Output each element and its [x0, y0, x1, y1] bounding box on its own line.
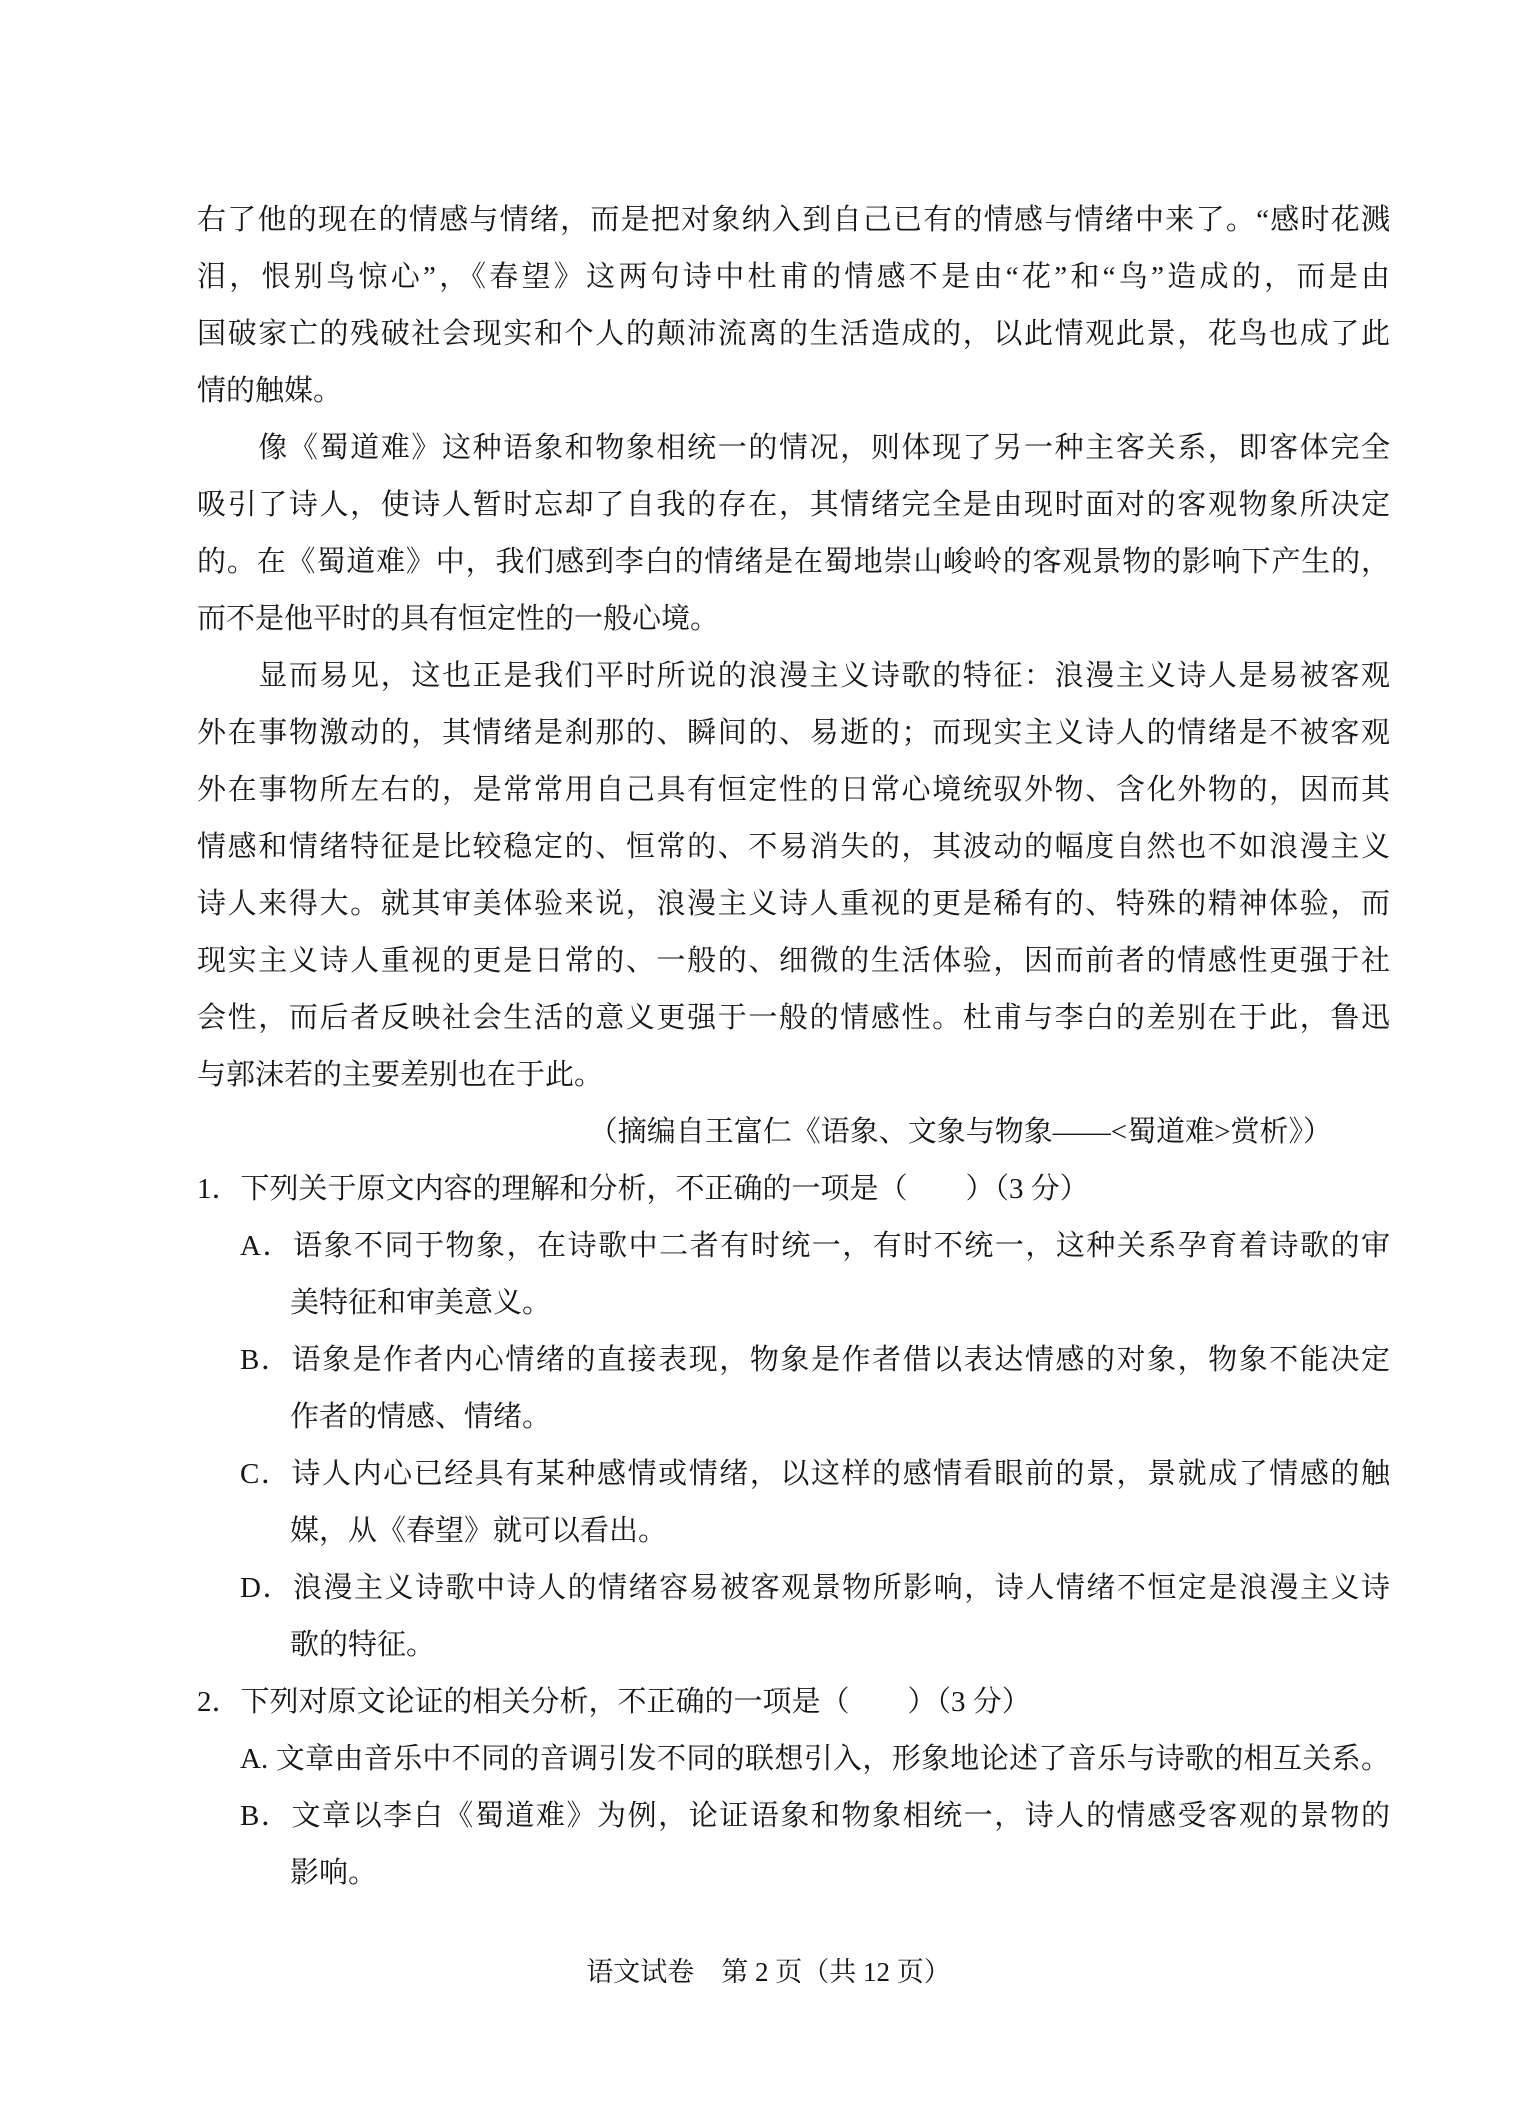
option-text-line: 美特征和审美意义。 — [240, 1275, 1390, 1332]
text-line: 像《蜀道难》这种语象和物象相统一的情况，则体现了另一种主客关系，即客体完全 — [197, 420, 1390, 477]
option-text-line: 作者的情感、情绪。 — [240, 1389, 1390, 1446]
option-text-line: C．诗人内心已经具有某种感情或情绪，以这样的感情看眼前的景，景就成了情感的触 — [240, 1446, 1390, 1503]
question-1-option-a: A．语象不同于物象，在诗歌中二者有时统一，有时不统一，这种关系孕育着诗歌的审 美… — [240, 1218, 1390, 1332]
paragraph-1: 右了他的现在的情感与情绪，而是把对象纳入到自己已有的情感与情绪中来了。“感时花溅… — [197, 192, 1390, 420]
text-line: 的。在《蜀道难》中，我们感到李白的情绪是在蜀地崇山峻岭的客观景物的影响下产生的， — [197, 534, 1390, 591]
option-text-line: B．文章以李白《蜀道难》为例，论证语象和物象相统一，诗人的情感受客观的景物的 — [240, 1788, 1390, 1845]
question-2-stem: 2．下列对原文论证的相关分析，不正确的一项是（ ）（3 分） — [197, 1674, 1390, 1731]
page-content: 右了他的现在的情感与情绪，而是把对象纳入到自己已有的情感与情绪中来了。“感时花溅… — [197, 192, 1390, 1902]
text-line: 情感和情绪特征是比较稳定的、恒常的、不易消失的，其波动的幅度自然也不如浪漫主义 — [197, 819, 1390, 876]
paragraph-2: 像《蜀道难》这种语象和物象相统一的情况，则体现了另一种主客关系，即客体完全 吸引… — [197, 420, 1390, 648]
text-line: 吸引了诗人，使诗人暂时忘却了自我的存在，其情绪完全是由现时面对的客观物象所决定 — [197, 477, 1390, 534]
text-line: 外在事物激动的，其情绪是刹那的、瞬间的、易逝的；而现实主义诗人的情绪是不被客观 — [197, 705, 1390, 762]
text-line: 右了他的现在的情感与情绪，而是把对象纳入到自己已有的情感与情绪中来了。“感时花溅 — [197, 192, 1390, 249]
text-line: 情的触媒。 — [197, 363, 1390, 420]
text-line: 现实主义诗人重视的更是日常的、一般的、细微的生活体验，因而前者的情感性更强于社 — [197, 933, 1390, 990]
option-text-line: A. 文章由音乐中不同的音调引发不同的联想引入，形象地论述了音乐与诗歌的相互关系… — [240, 1731, 1390, 1788]
question-1-option-c: C．诗人内心已经具有某种感情或情绪，以这样的感情看眼前的景，景就成了情感的触 媒… — [240, 1446, 1390, 1560]
text-line: 会性，而后者反映社会生活的意义更强于一般的情感性。杜甫与李白的差别在于此，鲁迅 — [197, 990, 1390, 1047]
text-line: 而不是他平时的具有恒定性的一般心境。 — [197, 591, 1390, 648]
question-1-option-d: D．浪漫主义诗歌中诗人的情绪容易被客观景物所影响，诗人情绪不恒定是浪漫主义诗 歌… — [240, 1560, 1390, 1674]
option-text-line: B．语象是作者内心情绪的直接表现，物象是作者借以表达情感的对象，物象不能决定 — [240, 1332, 1390, 1389]
question-2-option-b: B．文章以李白《蜀道难》为例，论证语象和物象相统一，诗人的情感受客观的景物的 影… — [240, 1788, 1390, 1902]
option-text-line: 歌的特征。 — [240, 1617, 1390, 1674]
paragraph-3: 显而易见，这也正是我们平时所说的浪漫主义诗歌的特征：浪漫主义诗人是易被客观 外在… — [197, 648, 1390, 1104]
option-text-line: 影响。 — [240, 1845, 1390, 1902]
option-text-line: D．浪漫主义诗歌中诗人的情绪容易被客观景物所影响，诗人情绪不恒定是浪漫主义诗 — [240, 1560, 1390, 1617]
question-2: 2．下列对原文论证的相关分析，不正确的一项是（ ）（3 分） A. 文章由音乐中… — [197, 1674, 1390, 1902]
question-1: 1．下列关于原文内容的理解和分析，不正确的一项是（ ）（3 分） A．语象不同于… — [197, 1161, 1390, 1674]
option-text-line: A．语象不同于物象，在诗歌中二者有时统一，有时不统一，这种关系孕育着诗歌的审 — [240, 1218, 1390, 1275]
text-line: 与郭沫若的主要差别也在于此。 — [197, 1047, 1390, 1104]
page-footer: 语文试卷 第 2 页（共 12 页） — [0, 1956, 1537, 1989]
question-1-stem: 1．下列关于原文内容的理解和分析，不正确的一项是（ ）（3 分） — [197, 1161, 1390, 1218]
text-line: 外在事物所左右的，是常常用自己具有恒定性的日常心境统驭外物、含化外物的，因而其 — [197, 762, 1390, 819]
source-attribution: （摘编自王富仁《语象、文象与物象——<蜀道难>赏析》） — [197, 1104, 1390, 1161]
option-text-line: 媒，从《春望》就可以看出。 — [240, 1503, 1390, 1560]
question-1-option-b: B．语象是作者内心情绪的直接表现，物象是作者借以表达情感的对象，物象不能决定 作… — [240, 1332, 1390, 1446]
text-line: 诗人来得大。就其审美体验来说，浪漫主义诗人重视的更是稀有的、特殊的精神体验，而 — [197, 876, 1390, 933]
text-line: 泪，恨别鸟惊心”，《春望》这两句诗中杜甫的情感不是由“花”和“鸟”造成的，而是由 — [197, 249, 1390, 306]
question-2-option-a: A. 文章由音乐中不同的音调引发不同的联想引入，形象地论述了音乐与诗歌的相互关系… — [240, 1731, 1390, 1788]
text-line: 国破家亡的残破社会现实和个人的颠沛流离的生活造成的，以此情观此景，花鸟也成了此 — [197, 306, 1390, 363]
text-line: 显而易见，这也正是我们平时所说的浪漫主义诗歌的特征：浪漫主义诗人是易被客观 — [197, 648, 1390, 705]
